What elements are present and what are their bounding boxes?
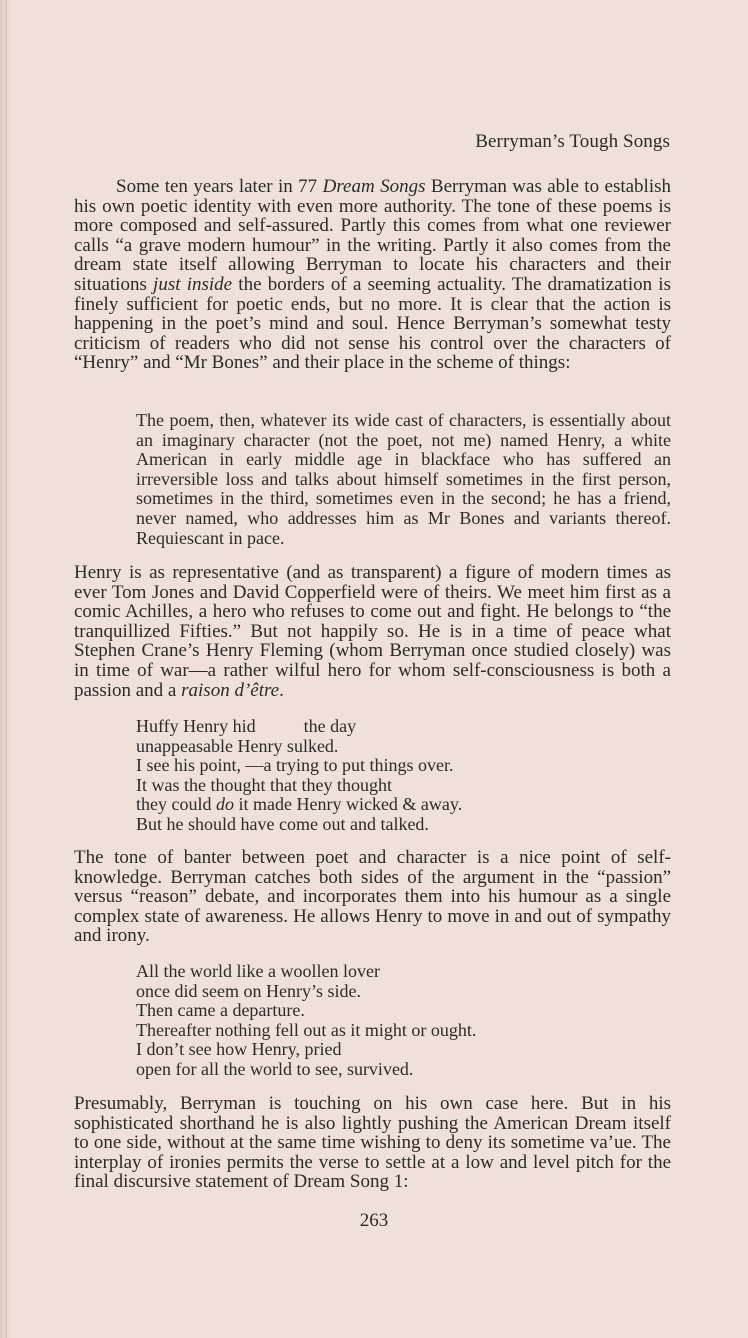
poem-line: Then came a departure. [136,1001,476,1021]
poem-line: once did seem on Henry’s side. [136,982,476,1002]
page-number: 263 [0,1210,748,1232]
paragraph-2: Henry is as representative (and as trans… [74,563,671,700]
block-quote: The poem, then, whatever its wide cast o… [136,411,671,548]
gutter-fold-line [6,0,7,1338]
poem-line-segment: it made Henry wicked & away. [234,794,462,814]
paragraph-2-text: Henry is as representative (and as trans… [74,563,671,700]
poem-line: I see his point, —a trying to put things… [136,756,462,776]
paragraph-3-text: The tone of banter between poet and char… [74,848,671,946]
poem-line-segment: they could [136,794,216,814]
book-title-dream-songs: Dream Songs [323,176,426,197]
paragraph-4: Presumably, Berryman is touching on his … [74,1094,671,1192]
paragraph-3: The tone of banter between poet and char… [74,848,671,946]
paragraph-1-text: Some ten years later in 77 Dream Songs B… [74,177,671,373]
poem-line-segment: Huffy Henry hid [136,716,256,736]
paragraph-2-segment: Henry is as representative (and as trans… [74,562,671,701]
poem-line: I don’t see how Henry, pried [136,1040,476,1060]
poem-line: Thereafter nothing fell out as it might … [136,1021,476,1041]
emphasis-do: do [216,794,234,814]
emphasis-just-inside: just inside [153,274,232,295]
poem-line: open for all the world to see, survived. [136,1060,476,1080]
poem-line: Huffy Henry hidthe day [136,717,462,737]
paragraph-1-segment: Some ten years later in 77 [116,176,323,197]
poem-line-segment: the day [304,716,356,736]
running-head: Berryman’s Tough Songs [475,131,670,153]
poem-line: It was the thought that they thought [136,776,462,796]
poem-excerpt-1: Huffy Henry hidthe dayunappeasable Henry… [136,717,462,835]
poem-line: All the world like a woollen lover [136,962,476,982]
poem-excerpt-2: All the world like a woollen loveronce d… [136,962,476,1080]
paragraph-4-text: Presumably, Berryman is touching on his … [74,1094,671,1192]
poem-line: unappeasable Henry sulked. [136,737,462,757]
emphasis-raison-detre: raison d’être [181,680,279,701]
poem-line: they could do it made Henry wicked & awa… [136,795,462,815]
paragraph-1: Some ten years later in 77 Dream Songs B… [74,177,671,373]
poem-line: But he should have come out and talked. [136,815,462,835]
paragraph-2-segment: . [279,680,284,701]
